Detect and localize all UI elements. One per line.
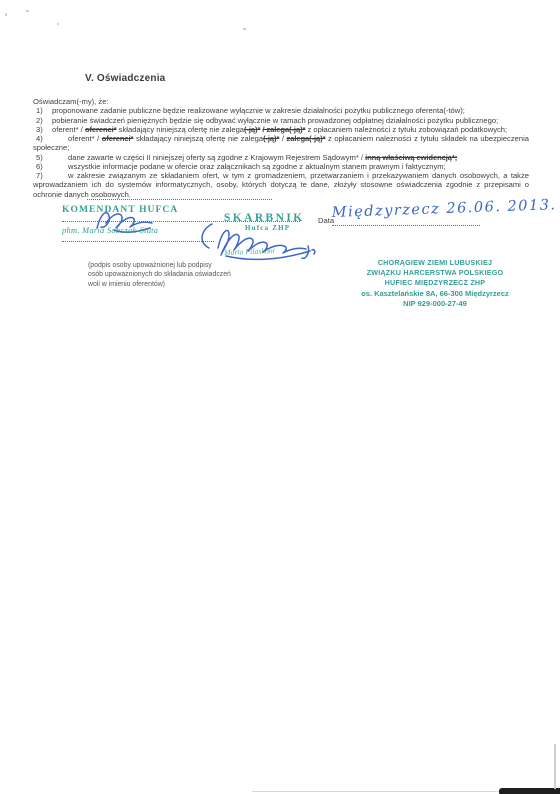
text-line: HUFIEC MIĘDZYRZECZ ZHP bbox=[328, 278, 542, 288]
section-heading: V. Oświadczenia bbox=[85, 73, 165, 84]
dotted-line bbox=[332, 225, 480, 226]
text-line: osób upoważnionych do składania oświadcz… bbox=[88, 270, 231, 279]
declaration-item: 3)oferent* / oferenci* składający niniej… bbox=[33, 125, 529, 134]
declaration-text: dane zawarte w części II niniejszej ofer… bbox=[68, 153, 365, 162]
declaration-text: z opłacaniem należności z tytułu zobowią… bbox=[305, 125, 507, 134]
declaration-text: oferent* / bbox=[68, 134, 102, 143]
declaration-text: / bbox=[279, 134, 286, 143]
declaration-number: 7) bbox=[33, 171, 68, 180]
scan-speck bbox=[26, 10, 29, 12]
scan-speck bbox=[57, 23, 59, 25]
declaration-text: w zakresie związanym ze składaniem ofert… bbox=[33, 171, 529, 199]
text-line: CHORĄGIEW ZIEMI LUBUSKIEJ bbox=[328, 258, 542, 268]
declaration-text: oferent* / bbox=[52, 125, 85, 134]
struck-text: oferenci* bbox=[102, 134, 134, 143]
struck-text: / zalega(-ją)* bbox=[262, 125, 305, 134]
declaration-number: 3) bbox=[33, 125, 52, 134]
declaration-number: 2) bbox=[33, 116, 52, 125]
struck-text: (-ją)* bbox=[263, 134, 279, 143]
declaration-item: 5)dane zawarte w części II niniejszej of… bbox=[33, 153, 529, 162]
stamp-name-skarbnik: Marta Pilaskoni bbox=[224, 246, 275, 257]
stamp-org-lines: CHORĄGIEW ZIEMI LUBUSKIEJZWIĄZKU HARCERS… bbox=[328, 258, 542, 287]
signature-ink-skarbnik bbox=[196, 220, 321, 262]
declaration-text: pobieranie świadczeń pieniężnych będzie … bbox=[52, 116, 498, 125]
organization-stamp: CHORĄGIEW ZIEMI LUBUSKIEJZWIĄZKU HARCERS… bbox=[328, 258, 542, 309]
struck-text: (-ją)* bbox=[244, 125, 260, 134]
stamp-nip: NIP 929-000-27-49 bbox=[328, 299, 542, 309]
declaration-item: 6)wszystkie informacje podane w ofercie … bbox=[33, 162, 529, 171]
declarations-intro: Oświadczam(-my), że: bbox=[33, 97, 529, 106]
scan-speck bbox=[243, 28, 246, 30]
dotted-line bbox=[62, 241, 214, 242]
text-line: ZWIĄZKU HARCERSTWA POLSKIEGO bbox=[328, 268, 542, 278]
declaration-number: 1) bbox=[33, 106, 52, 115]
declaration-item: 4)oferent* / oferenci* składający niniej… bbox=[33, 134, 529, 153]
scan-speck bbox=[5, 13, 7, 16]
struck-text: zalega(-ją)* bbox=[287, 134, 326, 143]
scan-edge-faint-line bbox=[252, 791, 500, 792]
text-line: woli w imieniu oferentów) bbox=[88, 280, 231, 289]
declaration-text: proponowane zadanie publiczne będzie rea… bbox=[52, 106, 465, 115]
struck-text: oferenci* bbox=[85, 125, 117, 134]
declaration-number: 6) bbox=[33, 162, 68, 171]
struck-text: inną właściwą ewidencją*; bbox=[365, 153, 457, 162]
declaration-item: 2)pobieranie świadczeń pieniężnych będzi… bbox=[33, 116, 529, 125]
scan-edge-gray-line bbox=[554, 744, 556, 789]
declaration-item: 1)proponowane zadanie publiczne będzie r… bbox=[33, 106, 529, 115]
declaration-text: składający niniejszą ofertę nie zalega bbox=[117, 125, 244, 134]
scan-edge-black-bar bbox=[499, 788, 560, 794]
text-line: (podpis osoby upoważnionej lub podpisy bbox=[88, 261, 231, 270]
declaration-item: 7)w zakresie związanym ze składaniem ofe… bbox=[33, 171, 529, 199]
stamp-name-sobczak-siuta: phm. Maria Sobczak-Siuta bbox=[62, 226, 158, 235]
declaration-text: składający niniejszą ofertę nie zalega bbox=[133, 134, 263, 143]
handwritten-date: Międzyrzecz 26.06. 2013. bbox=[331, 197, 556, 221]
signature-caption: (podpis osoby upoważnionej lub podpisyos… bbox=[88, 261, 231, 289]
scanned-document-page: V. Oświadczenia Oświadczam(-my), że: 1)p… bbox=[0, 0, 560, 794]
declaration-text: wszystkie informacje podane w ofercie or… bbox=[68, 162, 446, 171]
declaration-number: 4) bbox=[33, 134, 68, 143]
declaration-number: 5) bbox=[33, 153, 68, 162]
dotted-line bbox=[87, 199, 272, 200]
declarations-section: Oświadczam(-my), że: 1)proponowane zadan… bbox=[33, 97, 529, 199]
declarations-list: 1)proponowane zadanie publiczne będzie r… bbox=[33, 106, 529, 199]
stamp-address: os. Kasztelańskie 8A, 66-300 Międzyrzecz bbox=[328, 289, 542, 299]
